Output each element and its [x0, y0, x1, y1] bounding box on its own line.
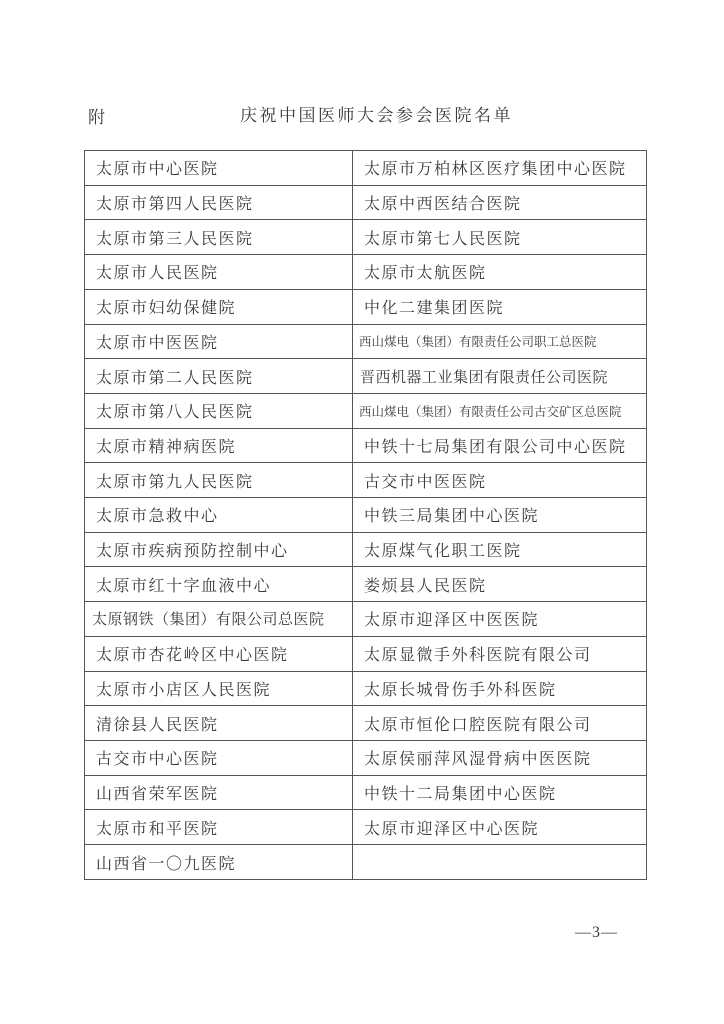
table-row: 太原市杏花岭区中心医院太原显微手外科医院有限公司 [85, 636, 647, 671]
hospital-cell: 太原钢铁（集团）有限公司总医院 [85, 602, 353, 637]
table-row: 古交市中心医院太原侯丽萍风湿骨病中医医院 [85, 740, 647, 775]
table-row: 太原市第四人民医院太原中西医结合医院 [85, 185, 647, 220]
hospital-table-body: 太原市中心医院太原市万柏林区医疗集团中心医院太原市第四人民医院太原中西医结合医院… [85, 151, 647, 880]
hospital-list-table: 太原市中心医院太原市万柏林区医疗集团中心医院太原市第四人民医院太原中西医结合医院… [84, 150, 647, 880]
hospital-cell: 太原中西医结合医院 [353, 185, 647, 220]
hospital-cell: 清徐县人民医院 [85, 706, 353, 741]
hospital-cell: 中化二建集团医院 [353, 289, 647, 324]
hospital-cell: 太原市疾病预防控制中心 [85, 532, 353, 567]
hospital-cell: 太原市万柏林区医疗集团中心医院 [353, 151, 647, 186]
hospital-cell: 太原煤气化职工医院 [353, 532, 647, 567]
hospital-cell: 太原市第八人民医院 [85, 393, 353, 428]
hospital-cell: 西山煤电（集团）有限责任公司职工总医院 [353, 324, 647, 359]
hospital-cell [353, 845, 647, 880]
table-row: 清徐县人民医院太原市恒伦口腔医院有限公司 [85, 706, 647, 741]
table-row: 太原市第八人民医院西山煤电（集团）有限责任公司古交矿区总医院 [85, 393, 647, 428]
table-row: 太原市人民医院太原市太航医院 [85, 255, 647, 290]
hospital-cell: 古交市中医医院 [353, 463, 647, 498]
hospital-cell: 太原市红十字血液中心 [85, 567, 353, 602]
hospital-cell: 太原市精神病医院 [85, 428, 353, 463]
hospital-cell: 太原长城骨伤手外科医院 [353, 671, 647, 706]
hospital-cell: 太原市迎泽区中医医院 [353, 602, 647, 637]
table-row: 山西省荣军医院中铁十二局集团中心医院 [85, 775, 647, 810]
table-row: 太原市中心医院太原市万柏林区医疗集团中心医院 [85, 151, 647, 186]
table-row: 太原市和平医院太原市迎泽区中心医院 [85, 810, 647, 845]
hospital-cell: 太原市人民医院 [85, 255, 353, 290]
hospital-cell: 太原市太航医院 [353, 255, 647, 290]
table-row: 太原市中医医院西山煤电（集团）有限责任公司职工总医院 [85, 324, 647, 359]
document-page: 附 庆祝中国医师大会参会医院名单 太原市中心医院太原市万柏林区医疗集团中心医院太… [0, 0, 724, 1024]
table-row: 太原市第三人民医院太原市第七人民医院 [85, 220, 647, 255]
table-row: 太原市精神病医院中铁十七局集团有限公司中心医院 [85, 428, 647, 463]
hospital-cell: 太原市第二人民医院 [85, 359, 353, 394]
hospital-cell: 古交市中心医院 [85, 740, 353, 775]
table-row: 山西省一〇九医院 [85, 845, 647, 880]
hospital-cell: 太原市和平医院 [85, 810, 353, 845]
table-row: 太原市急救中心中铁三局集团中心医院 [85, 498, 647, 533]
hospital-cell: 太原市第九人民医院 [85, 463, 353, 498]
hospital-cell: 中铁三局集团中心医院 [353, 498, 647, 533]
hospital-cell: 太原市中医医院 [85, 324, 353, 359]
hospital-cell: 太原市小店区人民医院 [85, 671, 353, 706]
table-row: 太原市小店区人民医院太原长城骨伤手外科医院 [85, 671, 647, 706]
table-row: 太原市第二人民医院晋西机器工业集团有限责任公司医院 [85, 359, 647, 394]
hospital-cell: 山西省一〇九医院 [85, 845, 353, 880]
table-row: 太原市疾病预防控制中心太原煤气化职工医院 [85, 532, 647, 567]
hospital-cell: 太原市中心医院 [85, 151, 353, 186]
table-row: 太原钢铁（集团）有限公司总医院太原市迎泽区中医医院 [85, 602, 647, 637]
table-row: 太原市第九人民医院古交市中医医院 [85, 463, 647, 498]
hospital-cell: 太原市第三人民医院 [85, 220, 353, 255]
hospital-cell: 太原市迎泽区中心医院 [353, 810, 647, 845]
hospital-cell: 太原显微手外科医院有限公司 [353, 636, 647, 671]
table-row: 太原市红十字血液中心娄烦县人民医院 [85, 567, 647, 602]
hospital-cell: 太原市妇幼保健院 [85, 289, 353, 324]
page-title: 庆祝中国医师大会参会医院名单 [240, 101, 513, 126]
hospital-cell: 太原市急救中心 [85, 498, 353, 533]
hospital-cell: 中铁十二局集团中心医院 [353, 775, 647, 810]
hospital-cell: 娄烦县人民医院 [353, 567, 647, 602]
hospital-cell: 山西省荣军医院 [85, 775, 353, 810]
table-row: 太原市妇幼保健院中化二建集团医院 [85, 289, 647, 324]
hospital-cell: 太原市第七人民医院 [353, 220, 647, 255]
hospital-cell: 晋西机器工业集团有限责任公司医院 [353, 359, 647, 394]
hospital-cell: 西山煤电（集团）有限责任公司古交矿区总医院 [353, 393, 647, 428]
hospital-cell: 太原市杏花岭区中心医院 [85, 636, 353, 671]
attachment-label: 附 [88, 103, 105, 128]
hospital-cell: 中铁十七局集团有限公司中心医院 [353, 428, 647, 463]
hospital-cell: 太原市第四人民医院 [85, 185, 353, 220]
hospital-cell: 太原侯丽萍风湿骨病中医医院 [353, 740, 647, 775]
page-number: —3— [575, 924, 618, 942]
hospital-cell: 太原市恒伦口腔医院有限公司 [353, 706, 647, 741]
